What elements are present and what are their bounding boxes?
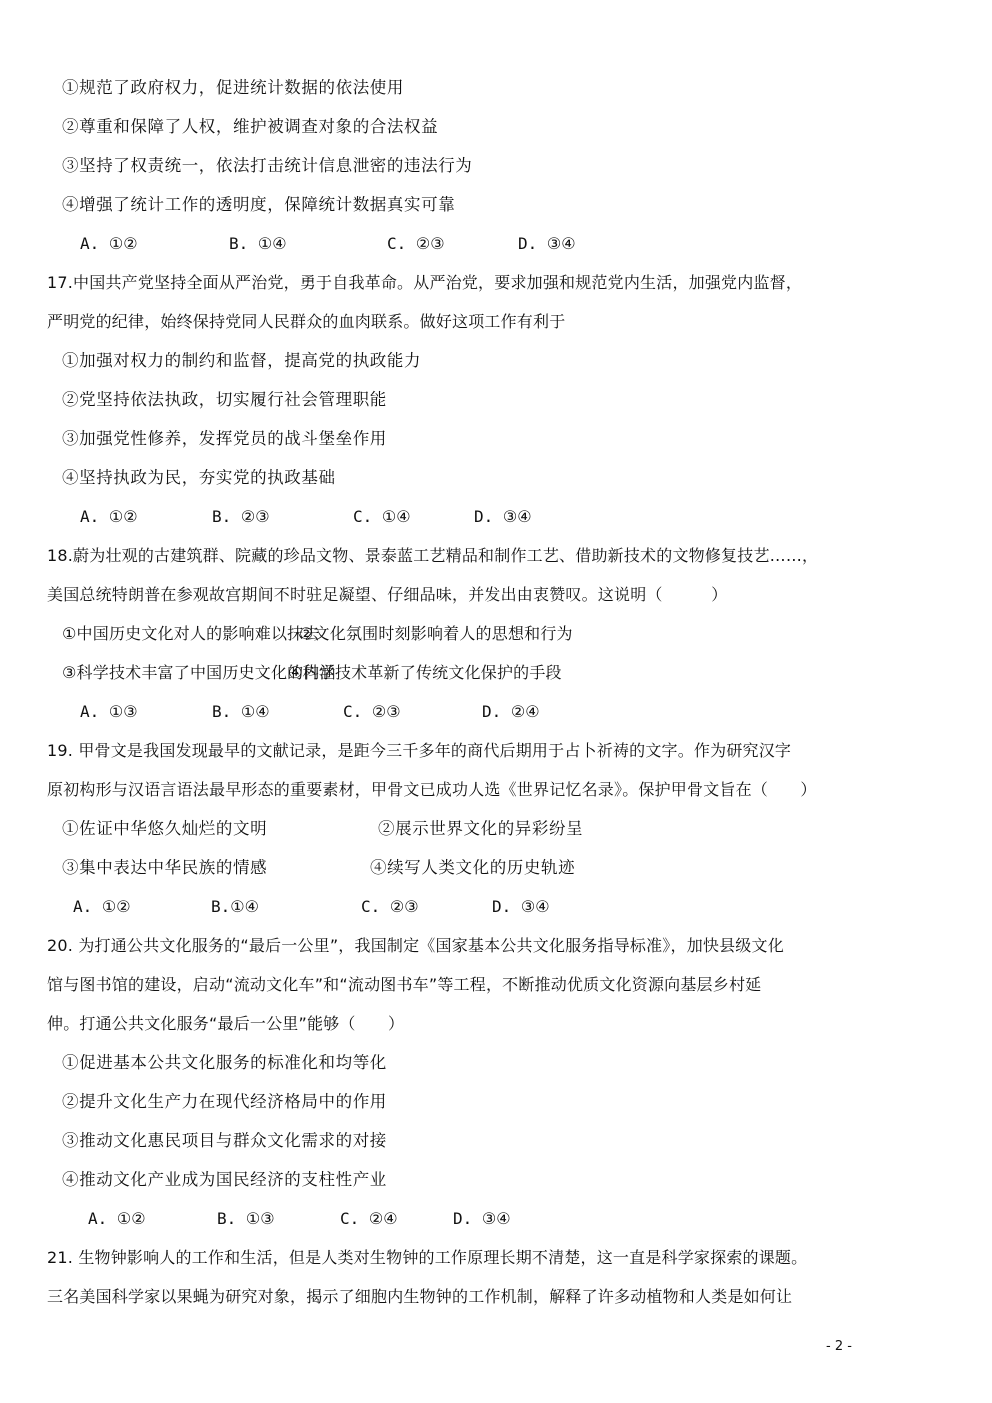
- q20-stem-line-1: 20. 为打通公共文化服务的“最后一公里”，我国制定《国家基本公共文化服务指导标…: [47, 935, 784, 957]
- q20-option-c: C. ②④: [340, 1208, 398, 1230]
- q17-item-1: ①加强对权力的制约和监督，提高党的执政能力: [62, 350, 421, 372]
- q19-option-b: B.①④: [211, 896, 259, 918]
- q20-stem-line-3: 伸。打通公共文化服务“最后一公里”能够（ ）: [47, 1013, 404, 1035]
- exam-page: ①规范了政府权力，促进统计数据的依法使用 ②尊重和保障了人权，维护被调查对象的合…: [0, 0, 992, 1403]
- q16-item-1: ①规范了政府权力，促进统计数据的依法使用: [62, 77, 404, 99]
- q19-item-3: ③集中表达中华民族的情感: [62, 857, 267, 879]
- q20-option-b: B. ①③: [217, 1208, 275, 1230]
- q20-item-4: ④推动文化产业成为国民经济的支柱性产业: [62, 1169, 387, 1191]
- q18-option-c: C. ②③: [343, 701, 401, 723]
- q16-item-4: ④增强了统计工作的透明度，保障统计数据真实可靠: [62, 194, 455, 216]
- q17-item-4: ④坚持执政为民，夯实党的执政基础: [62, 467, 336, 489]
- q18-item-4: ④科学技术革新了传统文化保护的手段: [288, 662, 562, 684]
- q17-option-a: A. ①②: [80, 506, 138, 528]
- q19-item-1: ①佐证中华悠久灿烂的文明: [62, 818, 267, 840]
- q18-stem-line-1: 18.蔚为壮观的古建筑群、院藏的珍品文物、景泰蓝工艺精品和制作工艺、借助新技术的…: [47, 545, 818, 567]
- q19-option-a: A. ①②: [73, 896, 131, 918]
- q17-item-3: ③加强党性修养，发挥党员的战斗堡垒作用: [62, 428, 387, 450]
- q16-item-2: ②尊重和保障了人权，维护被调查对象的合法权益: [62, 116, 438, 138]
- q20-item-3: ③推动文化惠民项目与群众文化需求的对接: [62, 1130, 387, 1152]
- q19-option-d: D. ③④: [492, 896, 550, 918]
- q17-stem-line-1: 17.中国共产党坚持全面从严治党，勇于自我革命。从严治党，要求加强和规范党内生活…: [47, 272, 802, 294]
- q20-option-d: D. ③④: [453, 1208, 511, 1230]
- q17-option-b: B. ②③: [212, 506, 270, 528]
- q17-item-2: ②党坚持依法执政，切实履行社会管理职能: [62, 389, 387, 411]
- q16-option-a: A. ①②: [80, 233, 138, 255]
- q18-item-2: ②文化氛围时刻影响着人的思想和行为: [299, 623, 573, 645]
- q18-option-d: D. ②④: [482, 701, 540, 723]
- q17-option-c: C. ①④: [353, 506, 411, 528]
- q18-option-a: A. ①③: [80, 701, 138, 723]
- q21-stem-line-2: 三名美国科学家以果蝇为研究对象，揭示了细胞内生物钟的工作机制，解释了许多动植物和…: [47, 1286, 792, 1308]
- q16-option-d: D. ③④: [518, 233, 576, 255]
- q17-stem-line-2: 严明党的纪律，始终保持党同人民群众的血肉联系。做好这项工作有利于: [47, 311, 565, 333]
- q18-option-b: B. ①④: [212, 701, 270, 723]
- q16-option-b: B. ①④: [229, 233, 287, 255]
- q21-stem-line-1: 21. 生物钟影响人的工作和生活，但是人类对生物钟的工作原理长期不清楚，这一直是…: [47, 1247, 807, 1269]
- q20-stem-line-2: 馆与图书馆的建设，启动“流动文化车”和“流动图书车”等工程，不断推动优质文化资源…: [47, 974, 761, 996]
- q17-option-d: D. ③④: [474, 506, 532, 528]
- q20-item-2: ②提升文化生产力在现代经济格局中的作用: [62, 1091, 387, 1113]
- q20-item-1: ①促进基本公共文化服务的标准化和均等化: [62, 1052, 387, 1074]
- q19-item-4: ④续写人类文化的历史轨迹: [370, 857, 575, 879]
- q16-item-3: ③坚持了权责统一，依法打击统计信息泄密的违法行为: [62, 155, 472, 177]
- q19-stem-line-1: 19. 甲骨文是我国发现最早的文献记录，是距今三千多年的商代后期用于占卜祈祷的文…: [47, 740, 791, 762]
- q19-stem-line-2: 原初构形与汉语言语法最早形态的重要素材，甲骨文已成功人选《世界记忆名录》。保护甲…: [47, 779, 817, 801]
- q18-item-1: ①中国历史文化对人的影响难以抹去: [62, 623, 320, 645]
- q20-option-a: A. ①②: [88, 1208, 146, 1230]
- page-number: - 2 -: [826, 1339, 852, 1354]
- q19-item-2: ②展示世界文化的异彩纷呈: [378, 818, 583, 840]
- q19-option-c: C. ②③: [361, 896, 419, 918]
- q18-stem-line-2: 美国总统特朗普在参观故宫期间不时驻足凝望、仔细品味，并发出由衷赞叹。这说明（ ）: [47, 584, 727, 606]
- q16-option-c: C. ②③: [387, 233, 445, 255]
